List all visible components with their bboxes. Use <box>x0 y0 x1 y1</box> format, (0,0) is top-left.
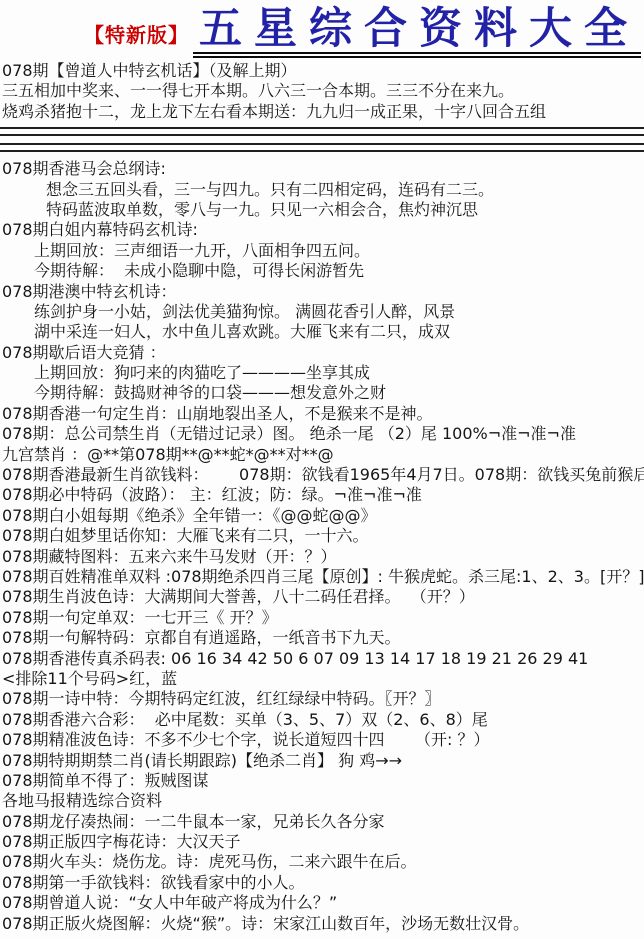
page-header: 【特新版】 五星综合资料大全 <box>0 0 644 58</box>
text-line: 078期龙仔凑热闹：一二牛鼠本一家，兄弟长久各分家 <box>0 812 644 832</box>
text-line: 078期第一手欲钱料：欲钱看家中的小人。 <box>0 873 644 893</box>
text-line: 078期香港一句定生肖：山崩地裂出圣人，不是猴来不是神。 <box>0 404 644 424</box>
text-line: 078期香港最新生肖欲钱料： 078期：欲钱看1965年4月7日。078期：欲钱… <box>0 465 644 485</box>
text-line: 今期待解： 未成小隐聊中隐，可得长闲游暂先 <box>0 261 644 281</box>
text-line: 078期正版火烧图解：火烧“猴”。诗：宋家江山数百年，沙场无数壮汉骨。 <box>0 914 644 934</box>
text-line: 078期香港传真杀码表: 06 16 34 42 50 6 07 09 13 1… <box>0 649 644 669</box>
text-line: 078期【曾道人中特玄机话】（及解上期） <box>0 61 644 81</box>
divider-rule <box>0 127 644 136</box>
text-line: 三五相加中奖来、一一得七开本期。八六三一合本期。三三不分在来九。 <box>0 81 644 101</box>
text-line: 上期回放：三声细语一九开，八面相争四五问。 <box>0 241 644 261</box>
text-line: 078期香港六合彩： 必中尾数：买单（3、5、7）双（2、6、8）尾 <box>0 710 644 730</box>
text-line: 078期特期期禁二肖(请长期跟踪)【绝杀二肖】 狗 鸡→→ <box>0 751 644 771</box>
content-lines: 078期【曾道人中特玄机话】（及解上期）三五相加中奖来、一一得七开本期。八六三一… <box>0 58 644 934</box>
text-line: 078期白姐梦里话你知：大雁飞来有二只，一十六。 <box>0 526 644 546</box>
text-line: 078期白小姐每期《绝杀》全年错一：《@@蛇@@》 <box>0 506 644 526</box>
text-line: 078期火车头：烧伤龙。诗：虎死马伤，二来六跟牛在后。 <box>0 852 644 872</box>
text-line: 078期：总公司禁生肖（无错过记录）图。 绝杀一尾 （2）尾 100%¬准¬准¬… <box>0 424 644 444</box>
text-line: 078期藏特图料：五来六来牛马发财（开：？） <box>0 547 644 567</box>
text-line: 今期待解：鼓捣财神爷的口袋———想发意外之财 <box>0 383 644 403</box>
page-title: 五星综合资料大全 <box>193 8 641 58</box>
text-line: 烧鸡杀猪抱十二，龙上龙下左右看本期送：九九归一成正果，十字八回合五组 <box>0 102 644 122</box>
lottery-info-sheet: 【特新版】 五星综合资料大全 078期【曾道人中特玄机话】（及解上期）三五相加中… <box>0 0 644 939</box>
edition-badge: 【特新版】 <box>84 19 189 48</box>
text-line: 078期歇后语大竞猜 ： <box>0 343 644 363</box>
text-line: 想念三五回头看，三一与四九。只有二四相定码，连码有二三。 <box>0 180 644 200</box>
text-line: 078期港澳中特玄机诗： <box>0 282 644 302</box>
text-line: 上期回放：狗叼来的肉猫吃了————坐享其成 <box>0 363 644 383</box>
divider-rule <box>0 143 644 152</box>
text-line: 078期曾道人说：“女人中年破产将成为什么？” <box>0 893 644 913</box>
text-line: 078期精准波色诗：不多不少七个字，说长道短四十四 （开: ？） <box>0 730 644 750</box>
text-line: 078期白姐内幕特码玄机诗: <box>0 220 644 240</box>
text-line: 特码蓝波取单数，零八与一九。只见一六相会合，焦灼神沉思 <box>0 200 644 220</box>
text-line: 各地马报精选综合资料 <box>0 791 644 811</box>
text-line: 078期一句定单双：一七开三《 开？》 <box>0 608 644 628</box>
text-line: 078期必中特码（波路）： 主：红波；防：绿。¬准¬准¬准 <box>0 485 644 505</box>
text-line: 练剑护身一小姑，剑法优美猫狗惊。 满圆花香引人醉，风景 <box>0 302 644 322</box>
text-line: 078期香港马会总纲诗: <box>0 159 644 179</box>
text-line: 078期一句解特码：京都自有逍遥路，一纸音书下九天。 <box>0 628 644 648</box>
text-line: 九宫禁肖 ：@**第078期**@**蛇*@**对**@ <box>0 445 644 465</box>
text-line: 078期一诗中特：今期特码定红波，红红绿绿中特码。〖开？〗 <box>0 689 644 709</box>
text-line: 湖中采连一妇人，水中鱼儿喜欢跳。大雁飞来有二只，成双 <box>0 322 644 342</box>
text-line: 078期正版四字梅花诗：大汉天子 <box>0 832 644 852</box>
text-line: <排除11个号码>红，蓝 <box>0 669 644 689</box>
text-line: 078期简单不得了：叛贼图谋 <box>0 771 644 791</box>
text-line: 078期生肖波色诗：大满期间大誉善，八十二码任君择。 （开？） <box>0 587 644 607</box>
text-line: 078期百姓精准单双料 :078期绝杀四肖三尾【原创】: 牛猴虎蛇。杀三尾:1、… <box>0 567 644 587</box>
